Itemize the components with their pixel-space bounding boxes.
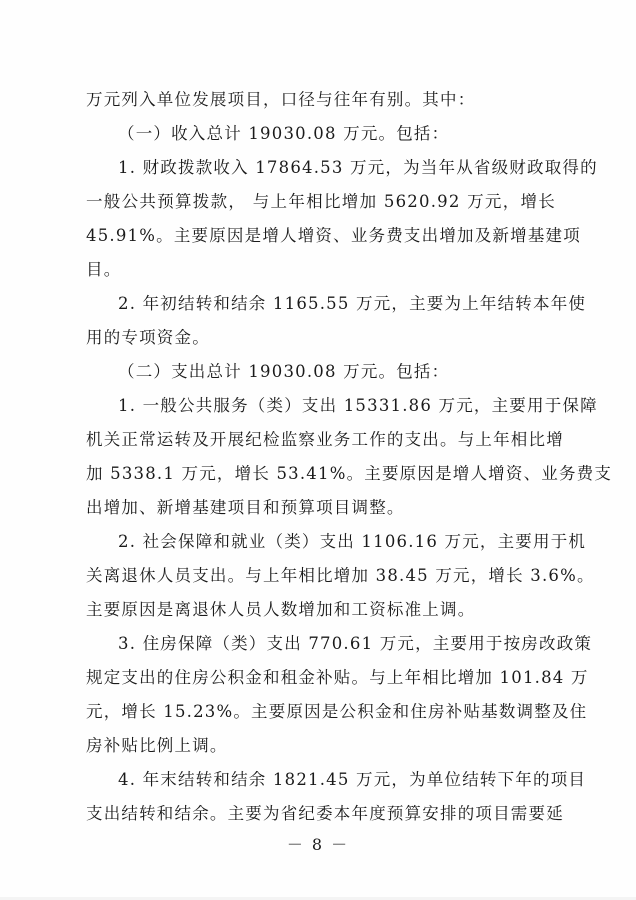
text-line: 主要原因是离退休人员人数增加和工资标准上调。 (86, 600, 556, 620)
text-line: 加 5338.1 万元，增长 53.41%。主要原因是增人增资、业务费支 (86, 464, 556, 484)
text-line: 支出结转和结余。主要为省纪委本年度预算安排的项目需要延 (86, 804, 556, 824)
page-number: － 8 － (0, 832, 636, 855)
text-line: 4. 年末结转和结余 1821.45 万元，为单位结转下年的项目 (118, 770, 556, 790)
text-line: 1. 一般公共服务（类）支出 15331.86 万元，主要用于保障 (118, 396, 556, 416)
section-heading-expenditure: （二）支出总计 19030.08 万元。包括： (118, 362, 556, 382)
text-line: 机关正常运转及开展纪检监察业务工作的支出。与上年相比增 (86, 430, 556, 450)
text-line: 用的专项资金。 (86, 328, 556, 348)
section-heading-income: （一）收入总计 19030.08 万元。包括： (118, 124, 556, 144)
text-line: 规定支出的住房公积金和租金补贴。与上年相比增加 101.84 万 (86, 668, 556, 688)
text-line: 1. 财政拨款收入 17864.53 万元，为当年从省级财政取得的 (118, 158, 556, 178)
text-line: 房补贴比例上调。 (86, 736, 556, 756)
text-line: 一般公共预算拨款， 与上年相比增加 5620.92 万元，增长 (86, 192, 556, 212)
text-line: 目。 (86, 260, 556, 280)
text-line: 万元列入单位发展项目，口径与往年有别。其中： (86, 90, 556, 110)
text-line: 关离退休人员支出。与上年相比增加 38.45 万元，增长 3.6%。 (86, 566, 556, 586)
text-line: 2. 社会保障和就业（类）支出 1106.16 万元，主要用于机 (118, 532, 556, 552)
text-line: 出增加、新增基建项目和预算项目调整。 (86, 498, 556, 518)
text-line: 45.91%。主要原因是增人增资、业务费支出增加及新增基建项 (86, 226, 556, 246)
text-line: 3. 住房保障（类）支出 770.61 万元，主要用于按房改政策 (118, 634, 556, 654)
document-page: 万元列入单位发展项目，口径与往年有别。其中： （一）收入总计 19030.08 … (0, 0, 636, 900)
text-line: 元，增长 15.23%。主要原因是公积金和住房补贴基数调整及住 (86, 702, 556, 722)
text-line: 2. 年初结转和结余 1165.55 万元，主要为上年结转本年使 (118, 294, 556, 314)
